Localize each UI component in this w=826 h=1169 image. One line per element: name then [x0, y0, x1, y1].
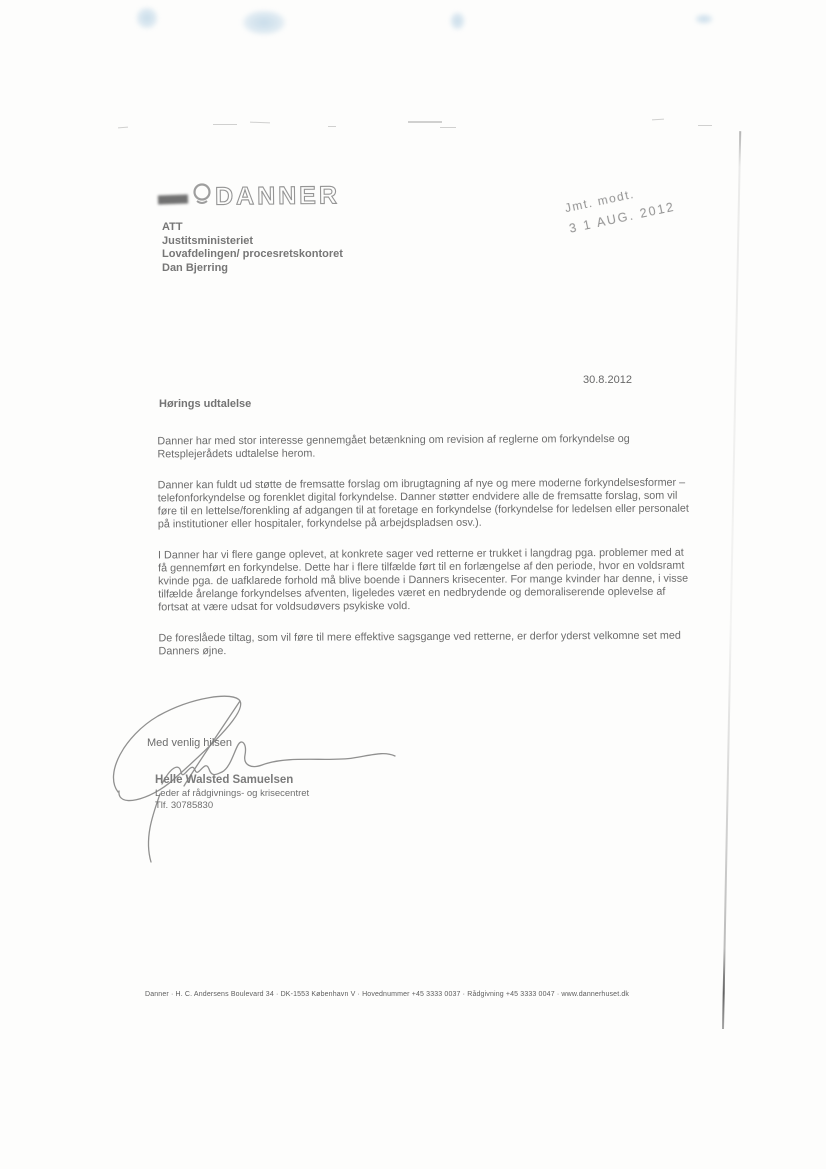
danner-logo: DANNER	[215, 183, 340, 209]
signer-name: Helle Walsted Samuelsen	[155, 774, 309, 786]
paragraph: Danner kan fuldt ud støtte de fremsatte …	[158, 477, 694, 532]
scanned-letter-page: DANNER Jmt. modt. 3 1 AUG. 2012 ATT Just…	[0, 0, 826, 1169]
signature-block: Helle Walsted Samuelsen Leder af rådgivn…	[155, 774, 309, 811]
scan-scratch	[118, 127, 128, 129]
scan-smudge	[158, 194, 188, 204]
paragraph: Danner har med stor interesse gennemgået…	[157, 433, 693, 462]
letterhead: DANNER	[158, 180, 340, 213]
letter-body: Danner har med stor interesse gennemgået…	[157, 433, 694, 677]
signer-title: Leder af rådgivnings- og krisecentret	[155, 788, 309, 799]
scan-smudge	[242, 10, 286, 35]
recipient-line: Justitsministeriet	[162, 235, 343, 249]
recipient-line: Lovafdelingen/ procesretskontoret	[162, 248, 343, 262]
paragraph: I Danner har vi flere gange oplevet, at …	[158, 547, 694, 615]
recipient-line: ATT	[162, 221, 343, 235]
signer-phone: Tlf. 30785830	[155, 800, 309, 811]
scan-scratch	[213, 124, 237, 125]
scan-smudge	[136, 7, 158, 29]
scan-scratch	[652, 119, 664, 121]
scan-scratch	[250, 122, 270, 124]
recipient-address: ATT Justitsministeriet Lovafdelingen/ pr…	[162, 221, 343, 275]
recipient-line: Dan Bjerring	[162, 262, 343, 276]
paragraph: De foreslåede tiltag, som vil føre til m…	[158, 630, 694, 659]
closing-salutation: Med venlig hilsen	[147, 737, 232, 749]
scan-scratch	[408, 121, 442, 123]
subject-line: Hørings udtalelse	[159, 398, 251, 410]
received-stamp: Jmt. modt. 3 1 AUG. 2012	[564, 179, 677, 236]
scan-scratch	[328, 126, 336, 127]
scan-scratch	[440, 127, 456, 128]
letterhead-footer: Danner · H. C. Andersens Boulevard 34 · …	[145, 991, 629, 998]
scan-smudge	[695, 14, 713, 24]
scan-smudge	[450, 12, 465, 30]
danner-logo-icon	[190, 182, 214, 213]
scan-scratch	[698, 125, 712, 126]
page-edge-shadow	[722, 131, 741, 1029]
letter-date: 30.8.2012	[583, 374, 632, 386]
